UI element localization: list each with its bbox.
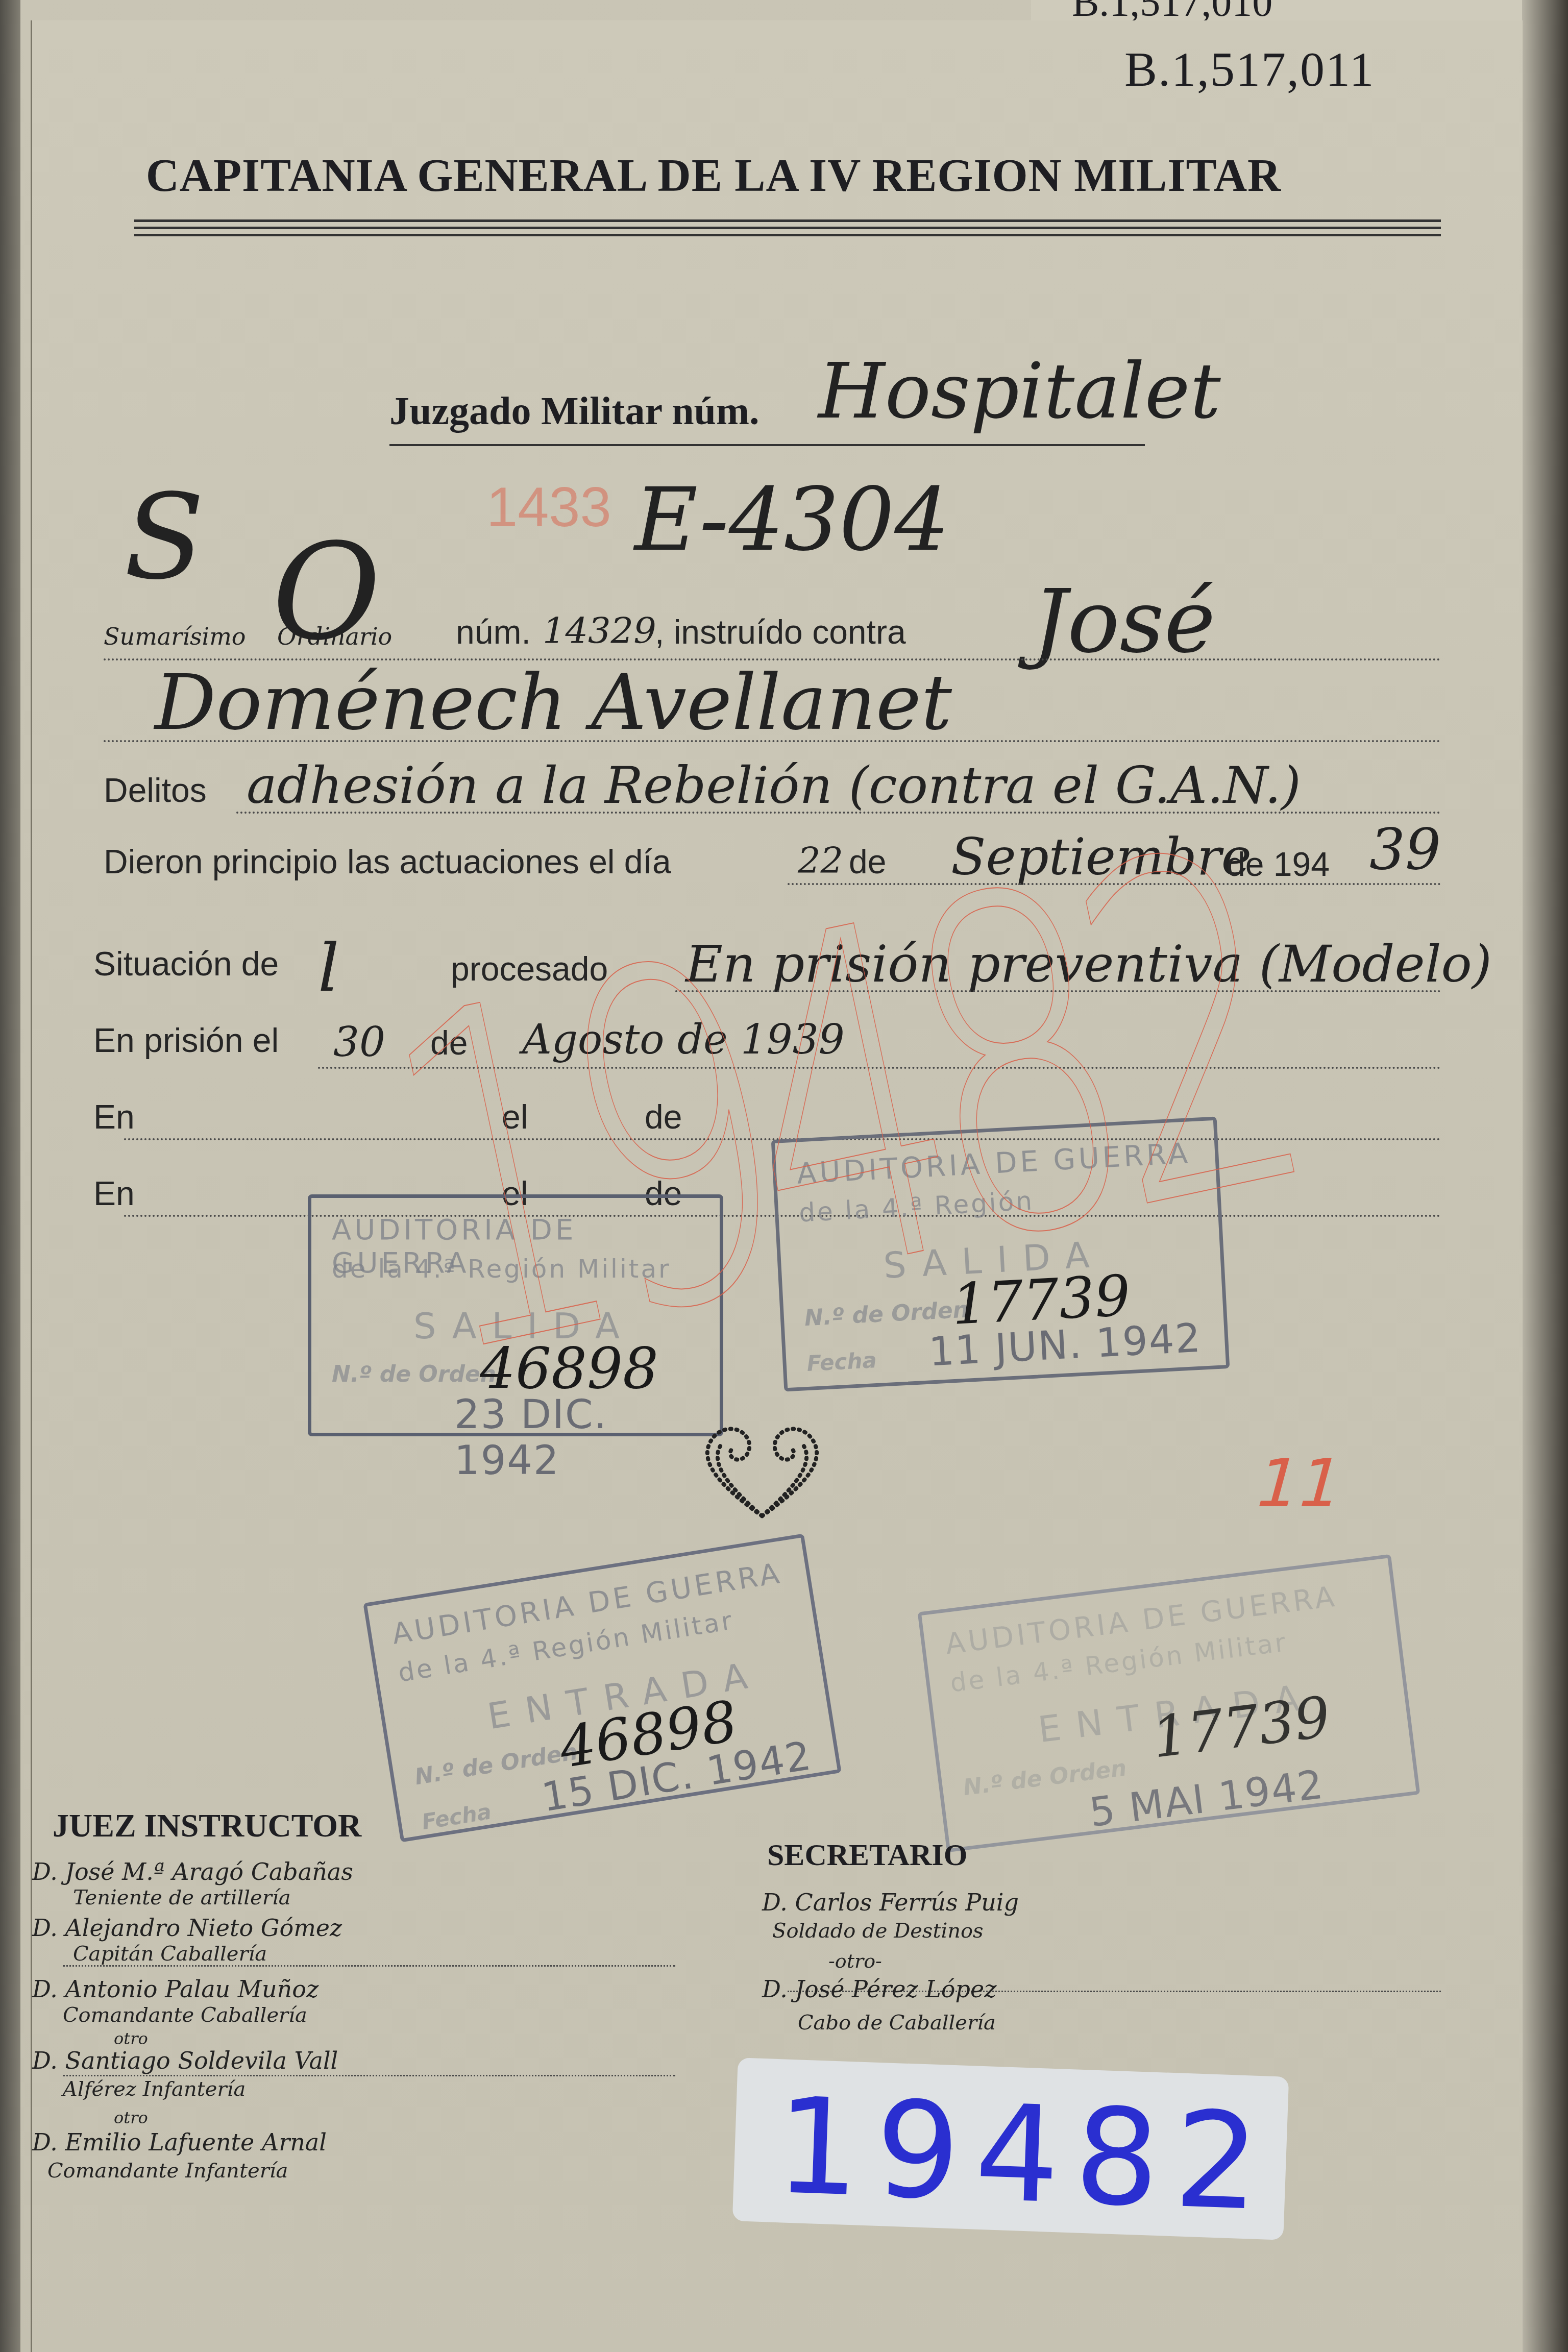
file-code-red-underlay: 1433 <box>486 475 611 540</box>
defendant-last-name: Doménech Avellanet <box>155 658 952 747</box>
juez-entry-name: D. Santiago Soldevila Vall <box>32 2047 338 2074</box>
juez-entry-name: D. Alejandro Nieto Gómez <box>32 1914 342 1942</box>
page-title: CAPITANIA GENERAL DE LA IV REGION MILITA… <box>146 148 1281 202</box>
title-rule-3 <box>134 234 1441 236</box>
juez-heading: JUEZ INSTRUCTOR <box>53 1807 361 1845</box>
secretario-entry-name: D. Carlos Ferrús Puig <box>762 1889 1019 1916</box>
secretario-entry-note: -otro- <box>828 1950 882 1972</box>
juez-entry-name: D. Emilio Lafuente Arnal <box>32 2128 327 2156</box>
crimes-line <box>236 812 1441 814</box>
blank-row-1-label: En <box>93 1097 135 1136</box>
start-label: Dieron principio las actuaciones el día <box>104 842 671 881</box>
juez-entry-rank: Comandante Infantería <box>47 2159 288 2183</box>
crimes-label: Delitos <box>104 771 207 810</box>
file-code: E-4304 <box>634 470 949 571</box>
case-num-label: núm. <box>456 612 531 651</box>
juez-entry-note: otro <box>114 2108 148 2127</box>
juez-entry-name: D. José M.ª Aragó Cabañas <box>32 1858 353 1885</box>
folder-right-edge <box>1522 0 1568 2352</box>
archive-number-label: 19482 <box>732 2057 1289 2240</box>
defendant-line <box>104 740 1441 742</box>
juez-line <box>63 2075 675 2076</box>
document-sheet: B.1,517,011 CAPITANIA GENERAL DE LA IV R… <box>31 20 1523 2352</box>
start-year-suffix: 39 <box>1369 817 1441 882</box>
juez-line <box>63 1965 675 1967</box>
case-type-2: Ordinario <box>277 623 392 650</box>
red-mark-small: 11 <box>1247 1444 1352 1522</box>
secretario-entry-rank: Cabo de Caballería <box>798 2011 996 2035</box>
prison-label: En prisión el <box>93 1021 279 1060</box>
archive-ref: B.1,517,011 <box>1124 41 1375 97</box>
case-type-1: Sumarísimo <box>104 623 246 650</box>
defendant-first-name: José <box>1033 572 1215 673</box>
start-year-prefix: de 194 <box>1227 845 1330 884</box>
secretario-entry-name: D. José Pérez López <box>762 1975 996 2003</box>
juez-entry-name: D. Antonio Palau Muñoz <box>32 1975 318 2003</box>
juez-entry-rank: Capitán Caballería <box>73 1942 267 1966</box>
title-rule-1 <box>134 219 1441 222</box>
juez-entry-rank: Teniente de artillería <box>73 1886 291 1909</box>
secretario-heading: SECRETARIO <box>767 1837 967 1873</box>
stamp-entrada-1: AUDITORIA DE GUERRA de la 4.ª Región Mil… <box>363 1534 841 1843</box>
handwritten-initial-s: S <box>124 470 205 606</box>
situation-article: l <box>318 929 339 1007</box>
secretario-entry-rank: Soldado de Destinos <box>772 1919 984 1943</box>
case-num-value: 14329 <box>543 610 656 652</box>
archive-number: 19482 <box>773 2069 1277 2241</box>
situation-label: Situación de <box>93 944 279 983</box>
stamp-entrada-2: AUDITORIA DE GUERRA de la 4.ª Región Mil… <box>918 1554 1420 1852</box>
court-value: Hospitalet <box>818 347 1221 436</box>
juez-entry-rank: Comandante Caballería <box>63 2003 307 2027</box>
case-against-label: , instruído contra <box>655 612 906 651</box>
title-rule-2 <box>134 227 1441 229</box>
juez-entry-note: otro <box>114 2029 148 2048</box>
blank-row-2-label: En <box>93 1174 135 1213</box>
juez-entry-rank: Alférez Infantería <box>63 2077 246 2101</box>
court-rule <box>389 444 1145 446</box>
stamp-fecha-label: Fecha <box>420 1799 493 1834</box>
court-label: Juzgado Militar núm. <box>389 388 759 434</box>
perforation-mark-icon <box>691 1419 834 1524</box>
